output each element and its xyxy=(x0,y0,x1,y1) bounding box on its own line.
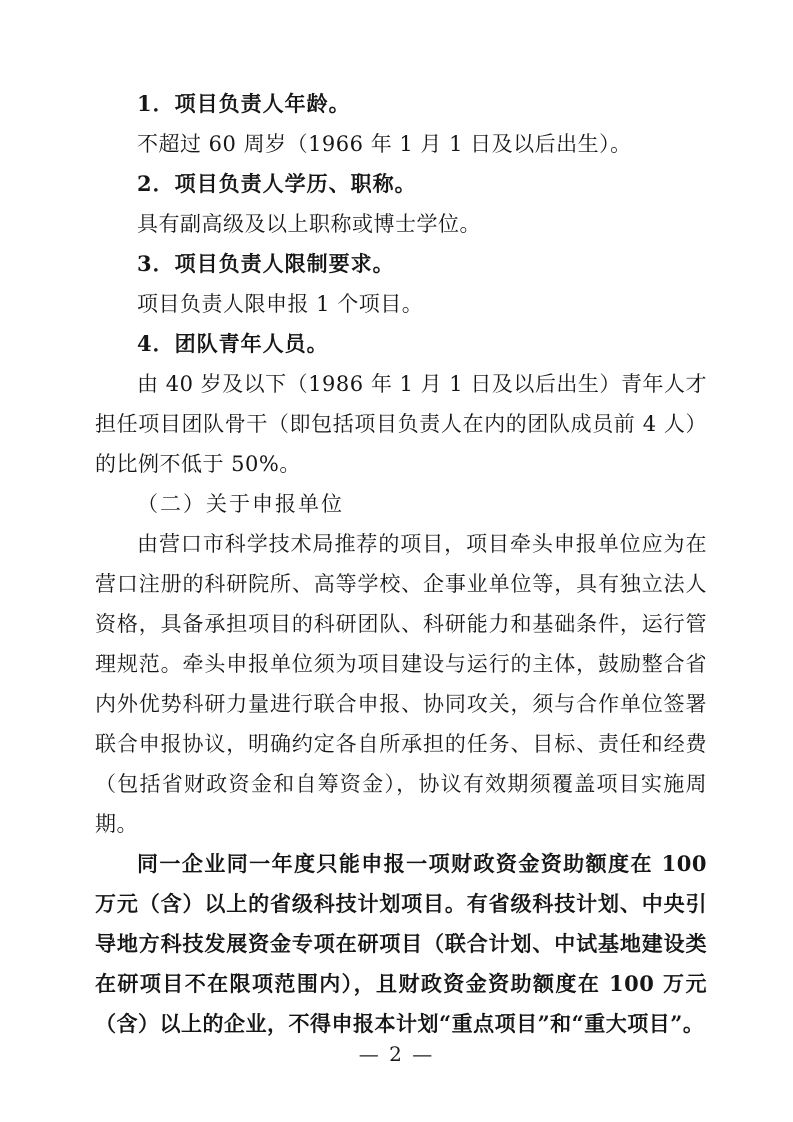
numbered-heading-project-leader-age: 1．项目负责人年龄。 xyxy=(95,84,707,124)
body-paragraph-restriction-requirement: 项目负责人限申报 1 个项目。 xyxy=(95,284,707,324)
body-paragraph-applicant-unit-requirement: 由营口市科学技术局推荐的项目，项目牵头申报单位应为在营口注册的科研院所、高等学校… xyxy=(95,524,707,844)
page-number: — 2 — xyxy=(0,1042,793,1066)
body-paragraph-age-requirement: 不超过 60 周岁（1966 年 1 月 1 日及以后出生）。 xyxy=(95,124,707,164)
subsection-heading-applicant-unit: （二）关于申报单位 xyxy=(95,484,707,524)
document-body: 1．项目负责人年龄。 不超过 60 周岁（1966 年 1 月 1 日及以后出生… xyxy=(95,84,707,1044)
body-paragraph-title-requirement: 具有副高级及以上职称或博士学位。 xyxy=(95,204,707,244)
document-page: 1．项目负责人年龄。 不超过 60 周岁（1966 年 1 月 1 日及以后出生… xyxy=(0,0,793,1122)
bold-paragraph-enterprise-limit: 同一企业同一年度只能申报一项财政资金资助额度在 100 万元（含）以上的省级科技… xyxy=(95,844,707,1044)
numbered-heading-education-title: 2．项目负责人学历、职称。 xyxy=(95,164,707,204)
numbered-heading-restriction: 3．项目负责人限制要求。 xyxy=(95,244,707,284)
body-paragraph-youth-team-requirement: 由 40 岁及以下（1986 年 1 月 1 日及以后出生）青年人才担任项目团队… xyxy=(95,364,707,484)
numbered-heading-youth-team: 4．团队青年人员。 xyxy=(95,324,707,364)
